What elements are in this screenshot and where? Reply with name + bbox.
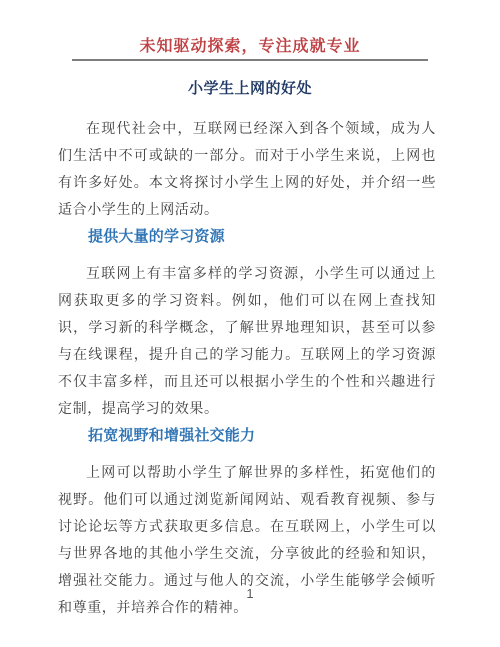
document-page: 未知驱动探索，专注成就专业 小学生上网的好处 在现代社会中，互联网已经深入到各个… [0,0,500,647]
page-title: 小学生上网的好处 [0,78,500,100]
document-body: 在现代社会中，互联网已经深入到各个领域，成为人们生活中不可或缺的一部分。而对于小… [0,115,500,621]
section-heading-learning-resources: 提供大量的学习资源 [58,225,436,249]
intro-paragraph: 在现代社会中，互联网已经深入到各个领域，成为人们生活中不可或缺的一部分。而对于小… [58,115,436,223]
section-paragraph-learning-resources: 互联网上有丰富多样的学习资源，小学生可以通过上网获取更多的学习资料。例如，他们可… [58,260,436,422]
page-number: 1 [0,586,500,601]
header-divider [72,59,428,61]
header-slogan: 未知驱动探索，专注成就专业 [0,0,500,58]
section-heading-social-skills: 拓宽视野和增强社交能力 [58,424,436,448]
